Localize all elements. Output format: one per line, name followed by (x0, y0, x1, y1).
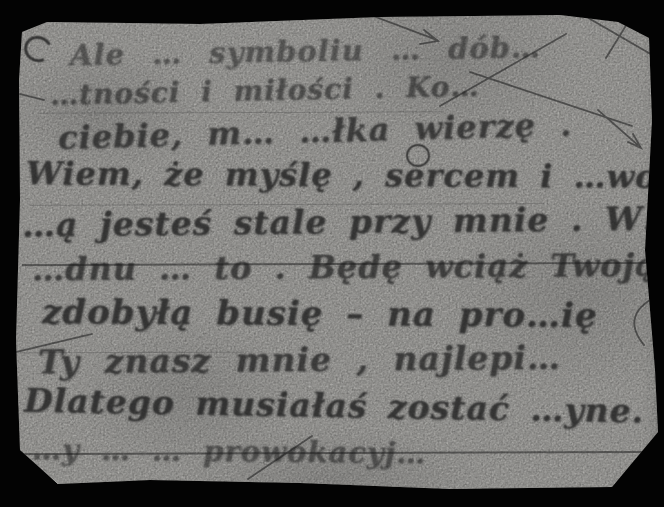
scan-background: Ale … symboliu … dób… …tności i miłości … (0, 0, 664, 507)
handwriting-line-4: Wiem, że myślę , sercem i …wolą (26, 154, 664, 195)
handwriting-line-1: Ale … symboliu … dób… (70, 30, 541, 72)
handwriting-line-7: zdobyłą busię – na pro…ię (42, 292, 598, 336)
handwriting-line-2: …tności i miłości . Ko… (50, 70, 480, 112)
handwriting-line-9: Dlatego musiałaś zostać …yne. (24, 381, 645, 431)
handwriting-line-6: …dnu … to . Będę wciąż Twoją (32, 246, 657, 288)
circle-doodle (20, 32, 55, 66)
handwriting-line-10: …y … … prowokacyj… (32, 432, 427, 470)
paper: Ale … symboliu … dób… …tności i miłości … (0, 0, 664, 507)
crease-hook (634, 300, 650, 345)
corner-scratch (606, 6, 638, 58)
arrow-scratch (598, 110, 641, 148)
handwriting-line-5: …ą jesteś stale przy mnie . W… (22, 199, 664, 245)
corner-scratch (578, 12, 654, 56)
handwriting-line-8: Ty znasz mnie , najlepi… (38, 338, 561, 382)
crease-hook (20, 94, 44, 100)
